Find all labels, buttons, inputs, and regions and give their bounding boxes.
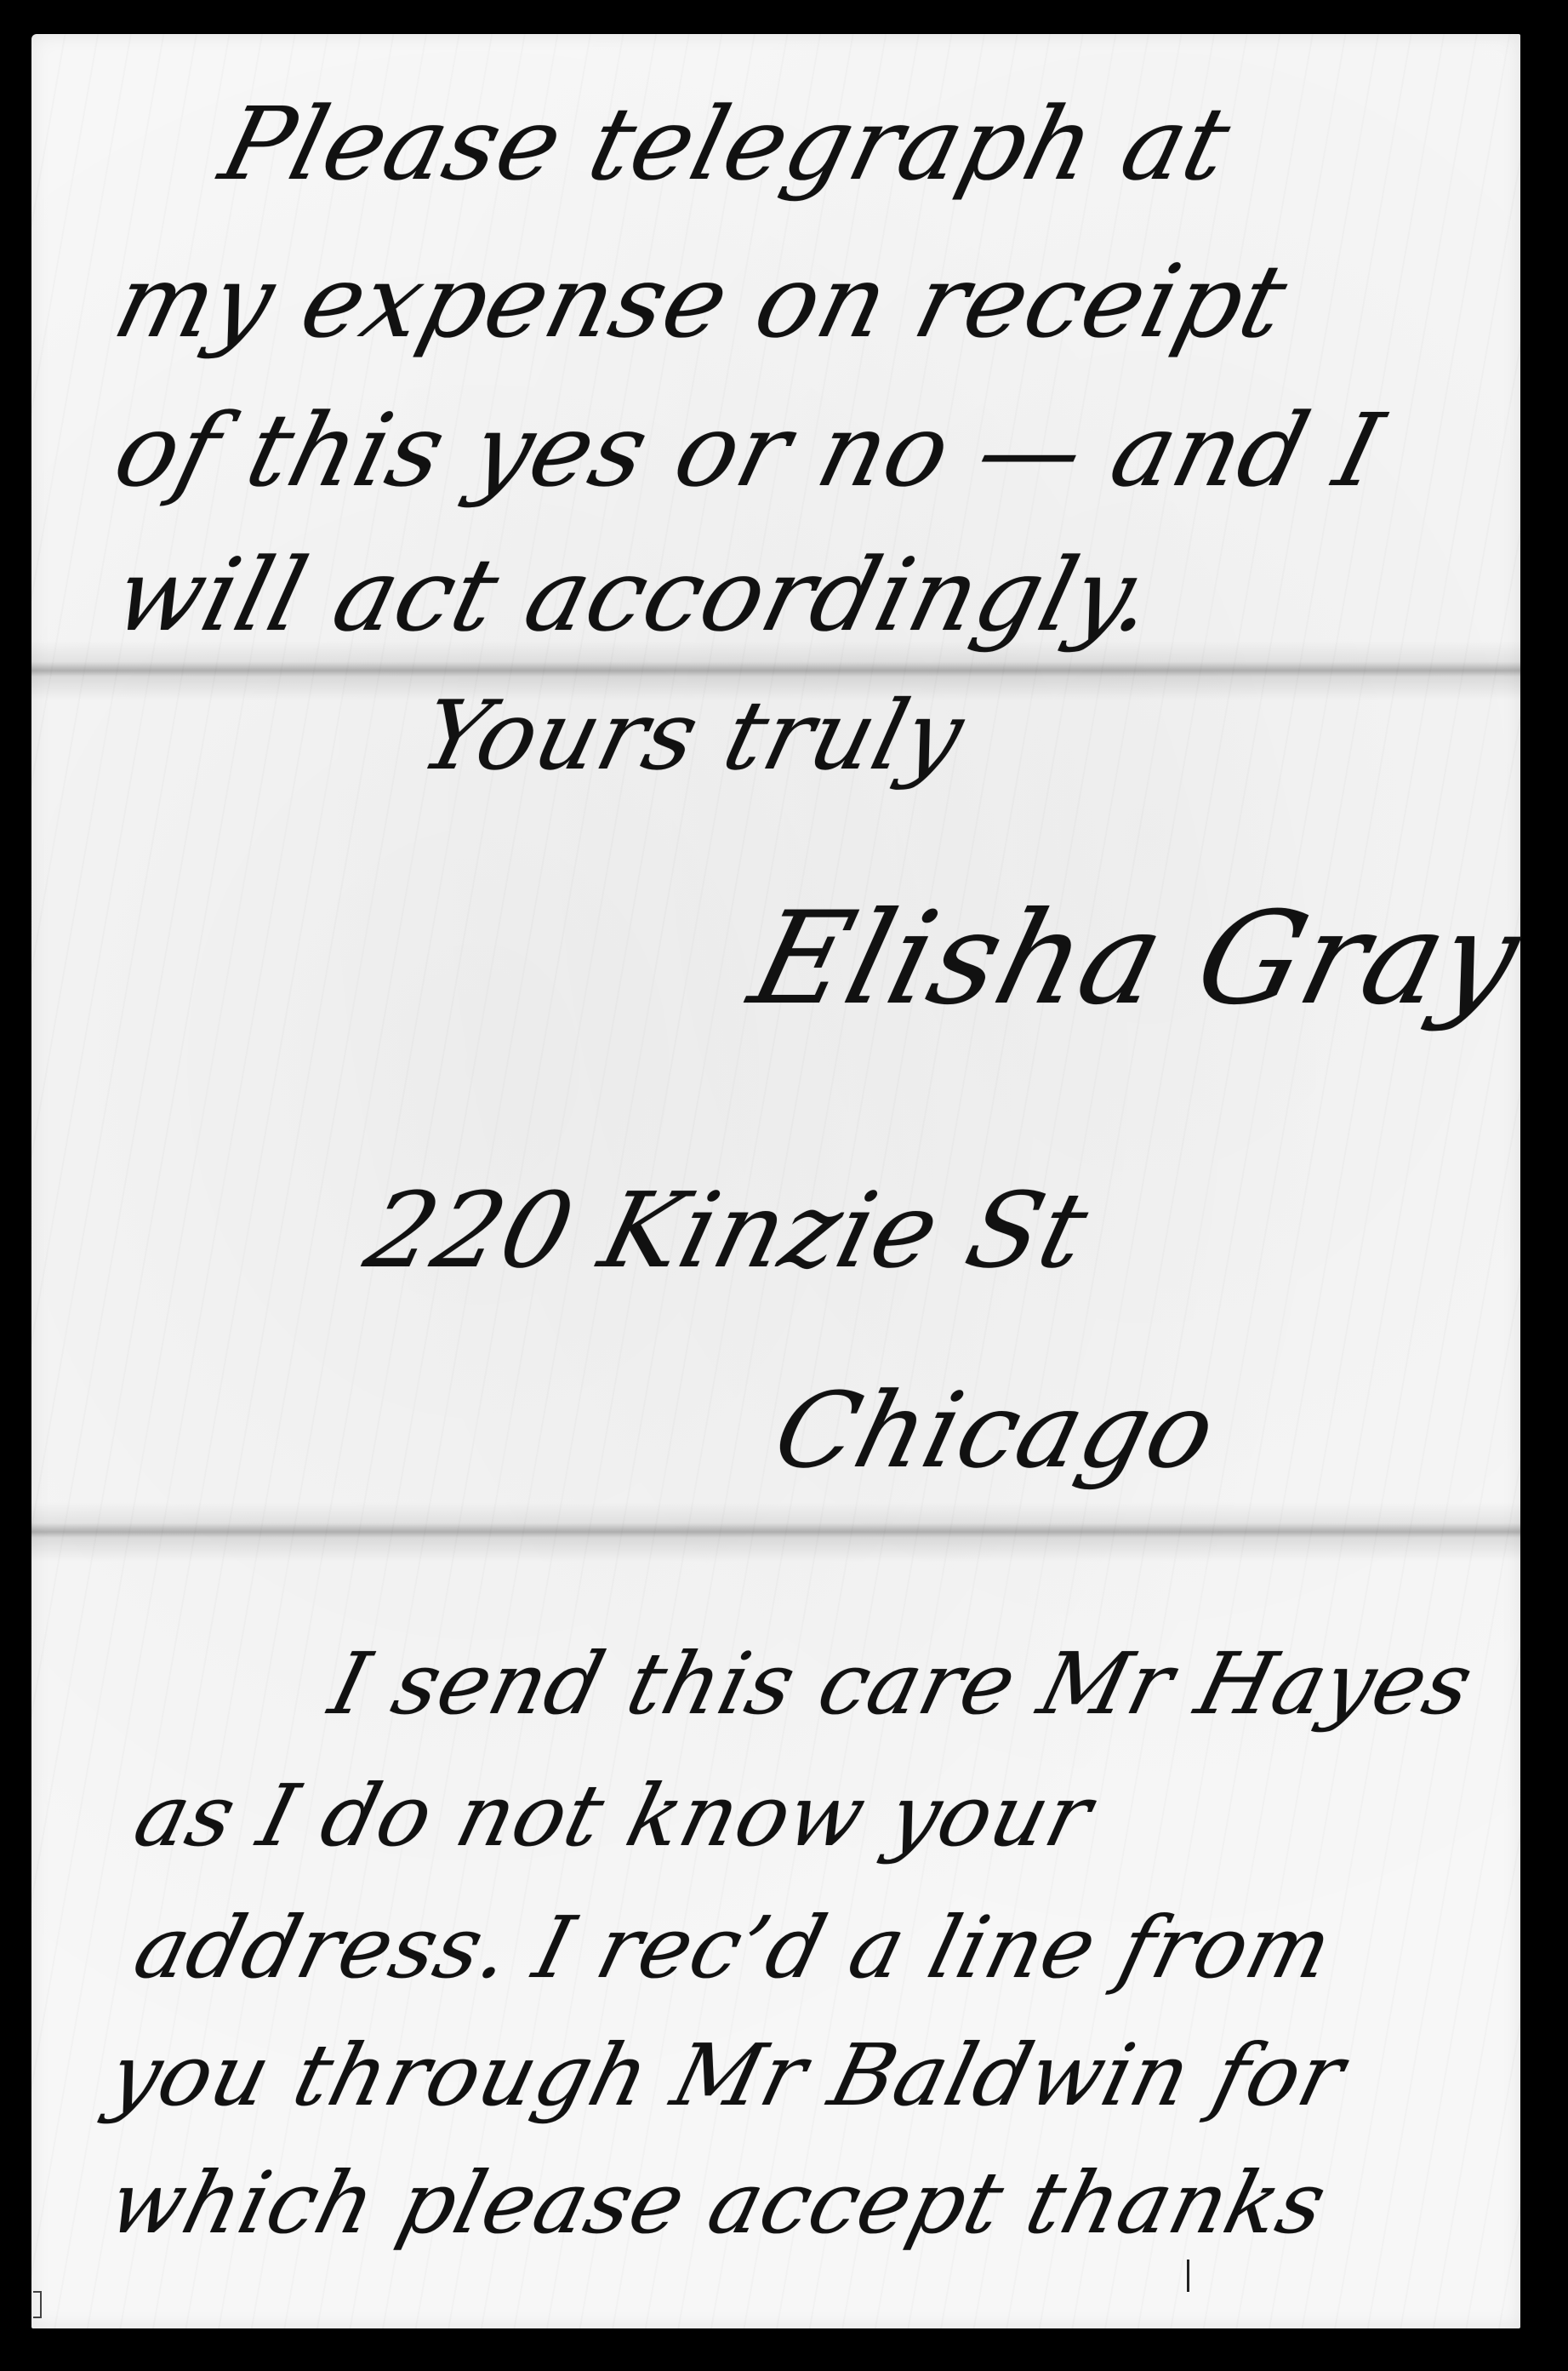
letter-line-2: my expense on receipt (104, 243, 1299, 360)
signature: Elisha Gray (738, 885, 1534, 1033)
letter-page: Please telegraph at my expense on receip… (31, 34, 1520, 2328)
postscript-line-5: which please accept thanks (100, 2153, 1337, 2253)
ink-stroke-mark (1187, 2260, 1189, 2292)
postscript-line-4: you through Mr Baldwin for (100, 2025, 1354, 2125)
postscript-line-2: as I do not know your (125, 1766, 1102, 1865)
postscript-line-3: address. I rec’d a line from (125, 1898, 1342, 1997)
address-city: Chicago (763, 1370, 1228, 1491)
corner-tab-mark (33, 2291, 42, 2318)
fold-crease-lower (31, 1502, 1520, 1562)
closing-salutation: Yours truly (410, 681, 975, 791)
letter-line-1: Please telegraph at (210, 85, 1242, 203)
letter-line-4: will act accordingly. (104, 536, 1167, 654)
address-street: 220 Kinzie St (355, 1170, 1100, 1291)
postscript-line-1: I send this care Mr Hayes (321, 1634, 1483, 1734)
letter-line-3: of this yes or no — and I (104, 391, 1394, 509)
